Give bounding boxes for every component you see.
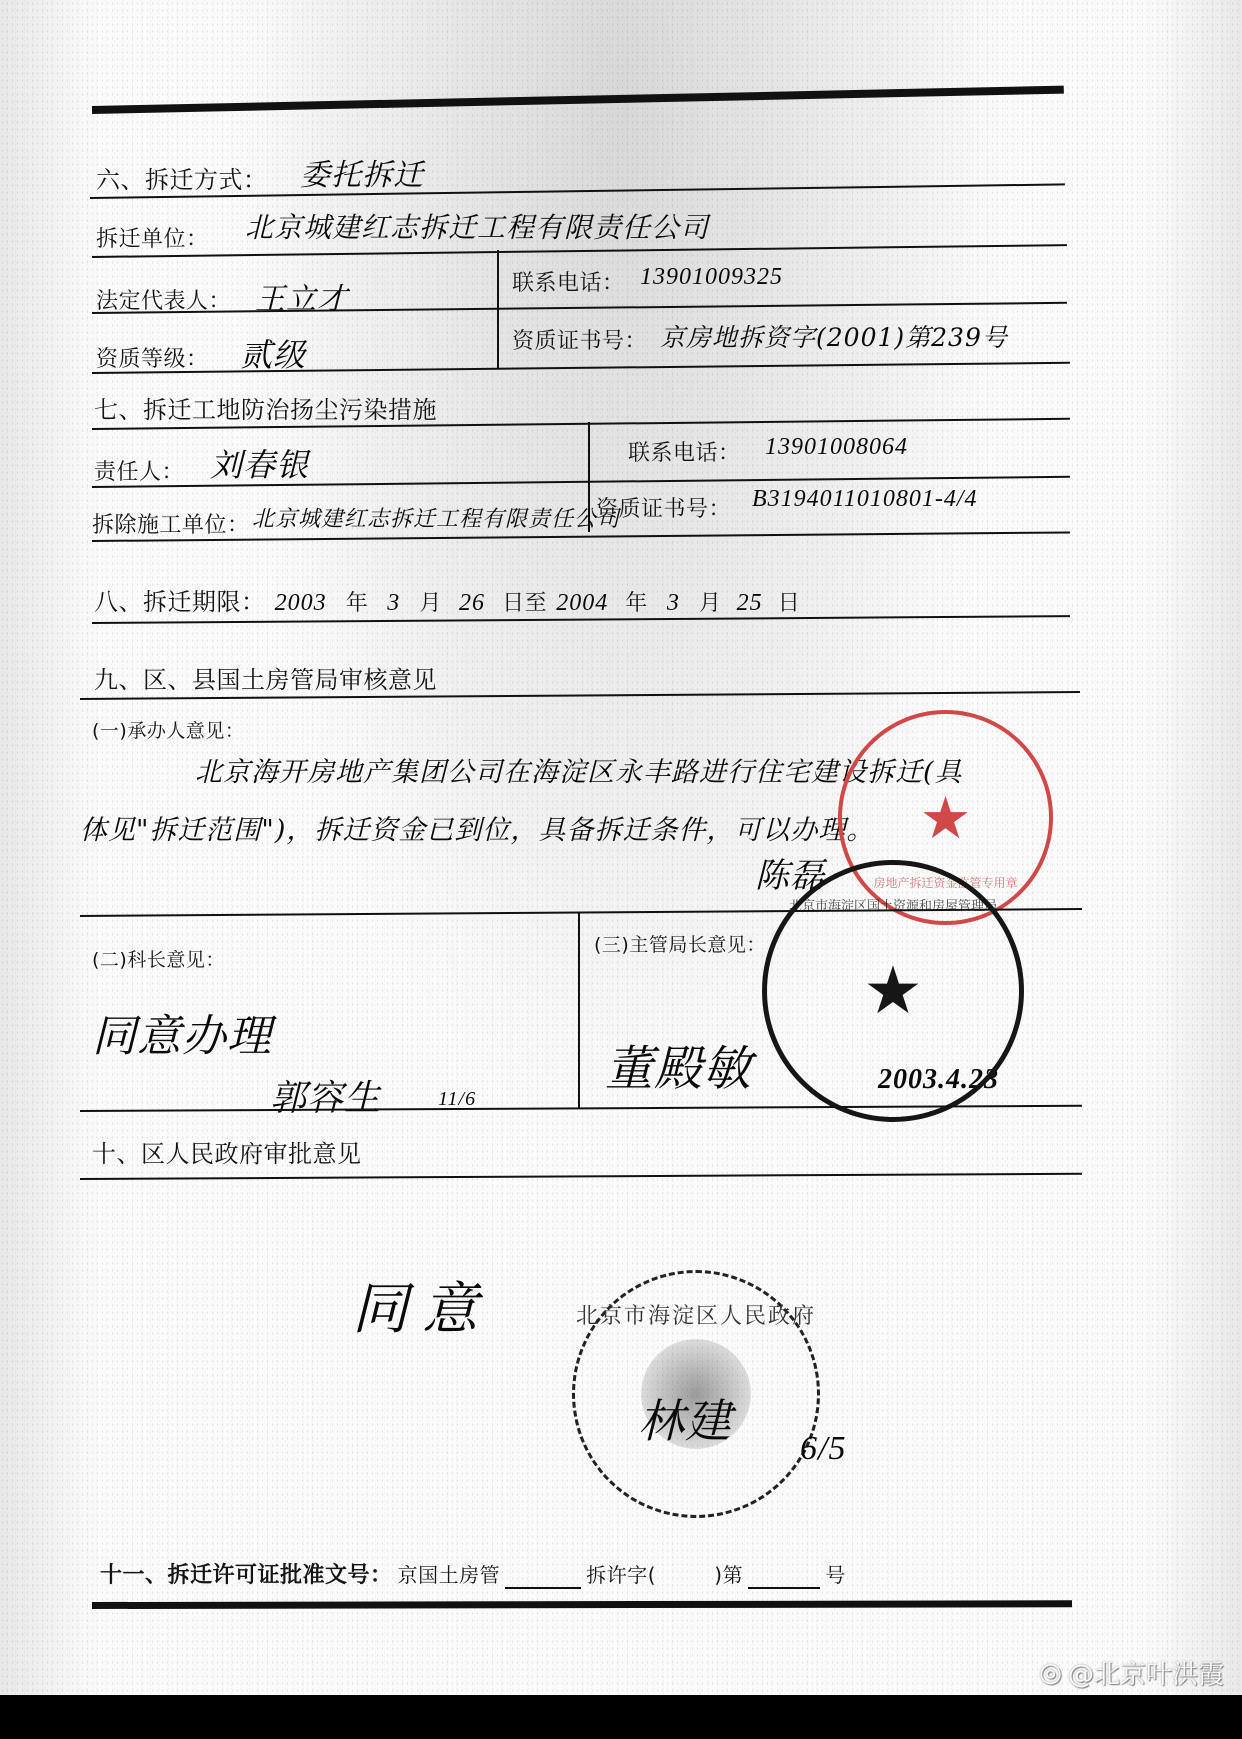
demolition-method-value: 委托拆迁 (300, 150, 424, 194)
section-chief-opinion: 同意办理 (92, 1000, 272, 1064)
grade-label: 资质等级： (96, 342, 209, 373)
rule-row6c (92, 302, 1067, 314)
rule-row6b (92, 244, 1067, 258)
weibo-watermark: ◎ @北京叶洪霞 (1039, 1654, 1224, 1691)
demolition-unit-label: 拆迁单位： (96, 222, 209, 253)
government-opinion: 同意 (352, 1265, 492, 1345)
bottom-border-rule (92, 1600, 1072, 1609)
phone-value-7: 13901008064 (765, 434, 908, 461)
weibo-icon: ◎ (1039, 1658, 1062, 1688)
red-star-icon: ★ (920, 789, 972, 847)
permit-blank-3[interactable] (748, 1565, 820, 1589)
government-date: 6/5 (800, 1430, 846, 1468)
section8-heading: 八、拆迁期限： (94, 588, 266, 616)
responsible-label: 责任人： (94, 455, 184, 486)
responsible-value: 刘春银 (210, 440, 309, 486)
section-chief-signature: 郭容生 (270, 1070, 381, 1121)
section11-heading: 十一、拆迁许可证批准文号： (100, 1563, 393, 1588)
end-month: 3 (667, 590, 680, 616)
cert-label-6: 资质证书号： (512, 324, 647, 355)
demolition-unit-value: 北京城建红志拆迁工程有限责任公司 (245, 206, 709, 246)
top-border-rule (92, 86, 1064, 114)
day-to: 日至 (502, 591, 547, 616)
end-year: 2004 (556, 590, 608, 616)
cert-label-7: 资质证书号： (596, 492, 731, 523)
start-day: 26 (459, 590, 485, 616)
section9-heading: 九、区、县国土房管局审核意见 (94, 660, 437, 695)
permit-middle: 拆许字( (586, 1563, 656, 1587)
permit-blank-1[interactable] (505, 1565, 581, 1589)
handler-opinion-label: (一)承办人意见： (92, 716, 244, 743)
rule-row6d (92, 362, 1070, 374)
contractor-value: 北京城建红志拆迁工程有限责任公司 (252, 502, 620, 533)
demolition-period-row: 八、拆迁期限： 2003 年 3 月 26 日至 2004 年 3 月 25 日 (94, 582, 800, 617)
start-year: 2003 (275, 590, 327, 616)
divider-9 (578, 912, 580, 1108)
cert-value-6: 京房地拆资字(2001)第239号 (660, 318, 1008, 354)
section7-heading: 七、拆迁工地防治扬尘污染措施 (94, 390, 437, 425)
cert-value-7: B3194011010801-4/4 (752, 486, 978, 513)
section-chief-label: (二)科长意见： (92, 945, 225, 972)
permit-close: )第 (714, 1563, 743, 1587)
month-char-1: 月 (419, 591, 442, 616)
phone-value-6: 13901009325 (640, 264, 783, 291)
month-char-2: 月 (699, 591, 722, 616)
day-char: 日 (778, 591, 801, 616)
end-day: 25 (737, 590, 763, 616)
permit-number-row: 十一、拆迁许可证批准文号： 京国土房管 拆许字( )第 号 (100, 1558, 846, 1589)
contractor-label: 拆除施工单位： (92, 508, 250, 539)
permit-suffix: 号 (825, 1563, 846, 1587)
phone-label-6: 联系电话： (512, 266, 625, 297)
year-char-2: 年 (625, 591, 648, 616)
section6-heading: 六、拆迁方式： (96, 160, 268, 195)
government-seal-text: 北京市海淀区人民政府 (576, 1299, 816, 1330)
year-char-1: 年 (346, 591, 369, 616)
phone-label-7: 联系电话： (628, 436, 741, 467)
start-month: 3 (387, 590, 400, 616)
rule-row10 (80, 1173, 1082, 1180)
section10-heading: 十、区人民政府审批意见 (92, 1134, 362, 1169)
director-opinion-label: (三)主管局长意见： (594, 930, 766, 957)
bottom-black-bar (0, 1695, 1242, 1739)
director-signature: 董殿敏 (605, 1030, 752, 1099)
government-signature: 林建 (638, 1385, 732, 1451)
black-star-icon: ★ (863, 958, 922, 1024)
handler-opinion-line2: 体见"拆迁范围")，拆迁资金已到位，具备拆迁条件，可以办理。 (80, 808, 874, 847)
bureau-seal: ★ 北京市海淀区国土资源和房屋管理局 (762, 860, 1024, 1122)
watermark-text: @北京叶洪霞 (1068, 1654, 1224, 1691)
scanned-document-page: 六、拆迁方式： 委托拆迁 拆迁单位： 北京城建红志拆迁工程有限责任公司 法定代表… (0, 0, 1242, 1739)
bureau-seal-text: 北京市海淀区国土资源和房屋管理局 (789, 895, 997, 914)
permit-prefix: 京国土房管 (398, 1563, 501, 1587)
permit-blank-2[interactable] (661, 1565, 709, 1589)
